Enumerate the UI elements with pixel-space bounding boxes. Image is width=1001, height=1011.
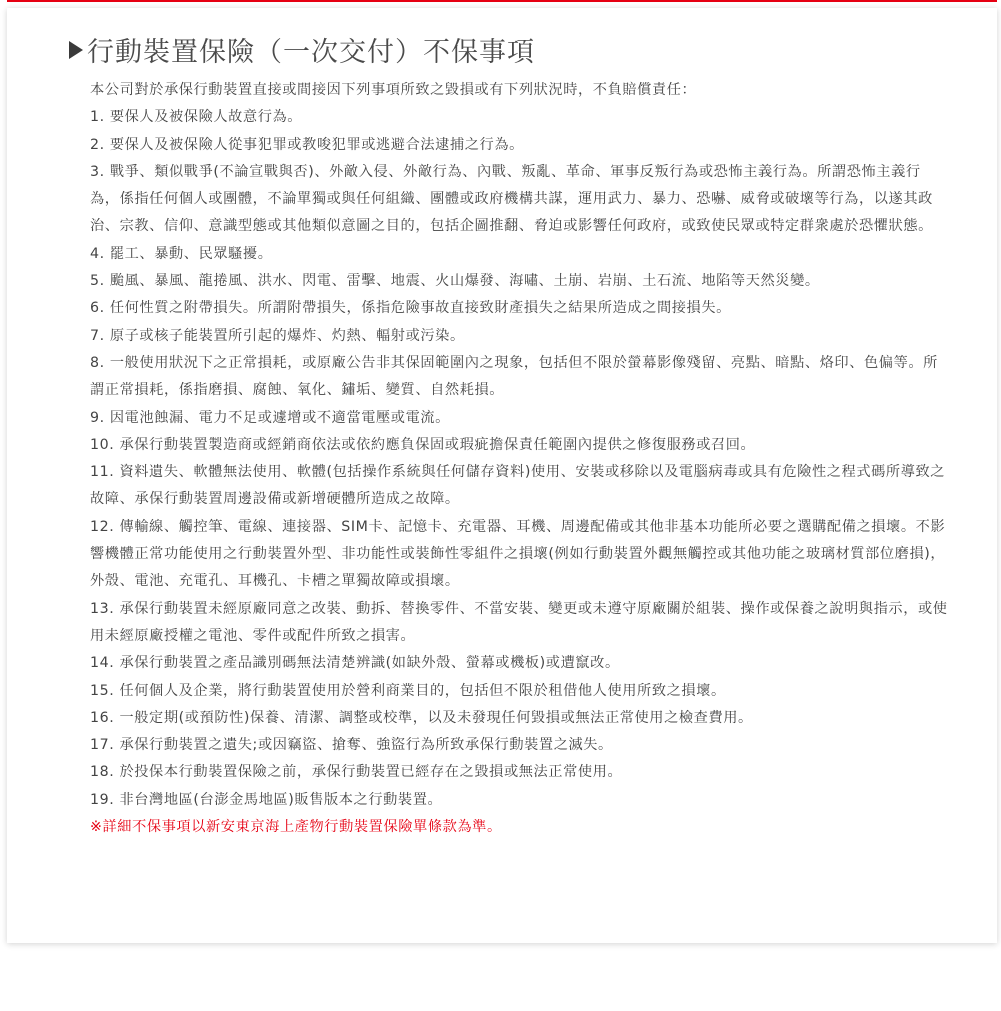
exclusion-item-3: 3. 戰爭、類似戰爭(不論宣戰與否)、外敵入侵、外敵行為、內戰、叛亂、革命、軍事…	[90, 159, 950, 241]
top-accent-bar	[7, 0, 997, 2]
exclusion-item-6: 6. 任何性質之附帶損失。所謂附帶損失，係指危險事故直接致財產損失之結果所造成之…	[90, 295, 950, 322]
exclusion-item-14: 14. 承保行動裝置之產品識別碼無法清楚辨識(如缺外殼、螢幕或機板)或遭竄改。	[90, 650, 950, 677]
exclusion-item-5: 5. 颱風、暴風、龍捲風、洪水、閃電、雷擊、地震、火山爆發、海嘯、土崩、岩崩、土…	[90, 268, 950, 295]
exclusions-card: 行動裝置保險（一次交付）不保事項 本公司對於承保行動裝置直接或間接因下列事項所致…	[7, 8, 997, 943]
exclusion-item-4: 4. 罷工、暴動、民眾騷擾。	[90, 241, 950, 268]
page-title-text: 行動裝置保險（一次交付）不保事項	[87, 30, 535, 69]
exclusion-item-8: 8. 一般使用狀況下之正常損耗，或原廠公告非其保固範圍內之現象，包括但不限於螢幕…	[90, 350, 950, 405]
exclusion-item-16: 16. 一般定期(或預防性)保養、清潔、調整或校準，以及未發現任何毀損或無法正常…	[90, 705, 950, 732]
page-title: 行動裝置保險（一次交付）不保事項	[69, 30, 535, 69]
exclusion-item-19: 19. 非台灣地區(台澎金馬地區)販售版本之行動裝置。	[90, 787, 950, 814]
exclusion-item-18: 18. 於投保本行動裝置保險之前，承保行動裝置已經存在之毀損或無法正常使用。	[90, 759, 950, 786]
exclusion-item-11: 11. 資料遺失、軟體無法使用、軟體(包括操作系統與任何儲存資料)使用、安裝或移…	[90, 459, 950, 514]
triangle-right-icon	[69, 41, 83, 59]
policy-note: ※詳細不保事項以新安東京海上產物行動裝置保險單條款為準。	[90, 814, 950, 841]
exclusion-item-1: 1. 要保人及被保險人故意行為。	[90, 104, 950, 131]
exclusion-item-17: 17. 承保行動裝置之遺失;或因竊盜、搶奪、強盜行為所致承保行動裝置之滅失。	[90, 732, 950, 759]
exclusion-item-13: 13. 承保行動裝置未經原廠同意之改裝、動拆、替換零件、不當安裝、變更或未遵守原…	[90, 596, 950, 651]
exclusion-item-12: 12. 傳輸線、觸控筆、電線、連接器、SIM卡、記憶卡、充電器、耳機、周邊配備或…	[90, 514, 950, 596]
exclusion-item-2: 2. 要保人及被保險人從事犯罪或教唆犯罪或逃避合法逮捕之行為。	[90, 132, 950, 159]
exclusion-item-9: 9. 因電池蝕漏、電力不足或遽增或不適當電壓或電流。	[90, 405, 950, 432]
exclusions-content: 本公司對於承保行動裝置直接或間接因下列事項所致之毀損或有下列狀況時，不負賠償責任…	[90, 77, 950, 841]
exclusion-item-7: 7. 原子或核子能裝置所引起的爆炸、灼熱、輻射或污染。	[90, 323, 950, 350]
exclusion-item-10: 10. 承保行動裝置製造商或經銷商依法或依約應負保固或瑕疵擔保責任範圍內提供之修…	[90, 432, 950, 459]
exclusion-item-15: 15. 任何個人及企業，將行動裝置使用於營利商業目的，包括但不限於租借他人使用所…	[90, 678, 950, 705]
intro-text: 本公司對於承保行動裝置直接或間接因下列事項所致之毀損或有下列狀況時，不負賠償責任…	[90, 77, 950, 104]
